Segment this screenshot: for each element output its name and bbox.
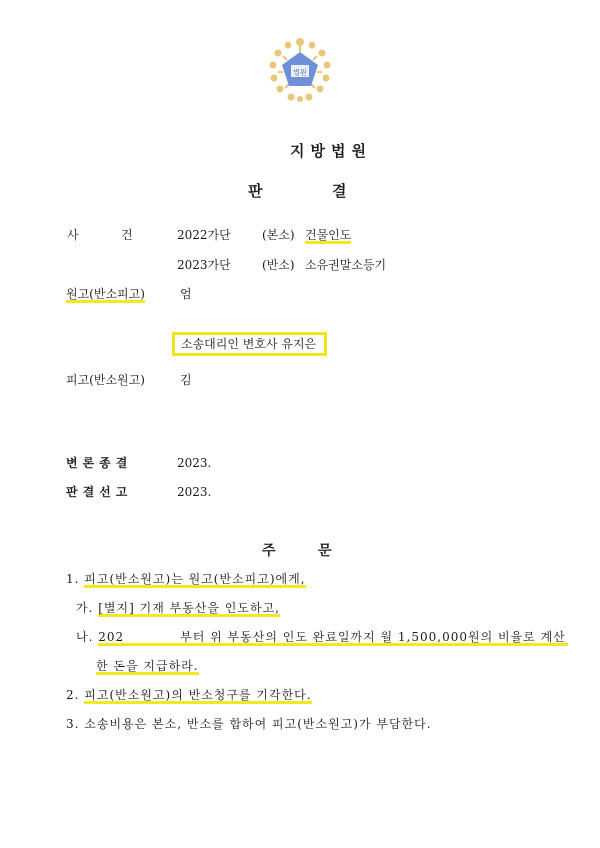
order-item-1b: 나. 202부터 위 부동산의 인도 완료일까지 월 1,500,000원의 비… xyxy=(76,628,568,645)
plaintiff-name: 엄 xyxy=(180,286,192,302)
case-label-1: 사 xyxy=(67,227,79,243)
order-item-1a: 가. [별지] 기재 부동산을 인도하고, xyxy=(76,599,280,616)
case-type: (반소) xyxy=(262,257,295,273)
defendant-label: 피고(반소원고) xyxy=(66,372,145,388)
plaintiff-label: 원고(반소피고) xyxy=(66,287,145,303)
order-text: 피고(반소원고)의 반소청구를 기각한다. xyxy=(84,688,311,704)
case-number: 2023가단 xyxy=(177,257,231,273)
order-text-cont: 한 돈을 지급하라. xyxy=(96,659,199,675)
order-item-1: 1. 피고(반소원고)는 원고(반소피고)에게, xyxy=(66,570,306,587)
case-type: (본소) xyxy=(262,227,295,243)
order-item-3: 3. 소송비용은 본소, 반소를 합하여 피고(반소원고)가 부담한다. xyxy=(66,715,432,732)
case-number: 2022가단 xyxy=(177,227,231,243)
order-title-left: 주 xyxy=(262,540,276,560)
order-text: 피고(반소원고)는 원고(반소피고)에게, xyxy=(84,572,305,588)
attorney-box: 소송대리인 변호사 유지은 xyxy=(172,332,327,356)
case-label-2: 건 xyxy=(121,227,133,243)
doc-title-left: 판 xyxy=(248,180,263,201)
order-text: 소송비용은 본소, 반소를 합하여 피고(반소원고)가 부담한다. xyxy=(84,717,431,731)
order-num: 가. xyxy=(76,601,93,615)
order-num: 나. xyxy=(76,630,93,644)
defendant-name: 김 xyxy=(180,372,192,388)
order-text: [별지] 기재 부동산을 인도하고, xyxy=(98,601,280,617)
order-item-2: 2. 피고(반소원고)의 반소청구를 기각한다. xyxy=(66,686,312,703)
order-num: 3. xyxy=(66,717,79,731)
order-text-rest: 부터 위 부동산의 인도 완료일까지 월 1,500,000원의 비율로 계산 xyxy=(180,630,566,644)
order-num: 1. xyxy=(66,572,79,586)
doc-title-right: 결 xyxy=(332,180,347,201)
order-title-right: 문 xyxy=(318,540,332,560)
court-emblem-icon: 법원 xyxy=(266,36,334,104)
case-subject: 건물인도 xyxy=(305,228,351,244)
closing-label: 변론종결 xyxy=(66,455,132,471)
court-name: 지방법원 xyxy=(0,140,600,161)
order-text-start: 202 xyxy=(98,630,124,644)
closing-date: 2023. xyxy=(177,455,211,471)
order-num: 2. xyxy=(66,688,79,702)
ruling-date: 2023. xyxy=(177,484,211,500)
ruling-label: 판결선고 xyxy=(66,484,132,500)
case-subject: 소유권말소등기 xyxy=(305,257,386,273)
svg-text:법원: 법원 xyxy=(293,68,307,77)
